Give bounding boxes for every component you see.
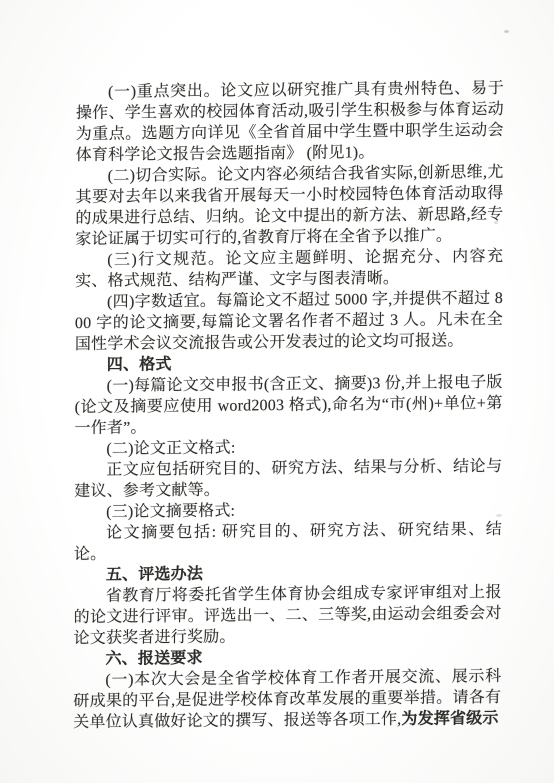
text-run: (三)行文规范。论文应主题鲜明、论据充分、内容充实、格式规范、结构严谨、文字与图… bbox=[75, 248, 503, 290]
text-run: (三)论文摘要格式: bbox=[106, 503, 235, 521]
text-run: 四、格式 bbox=[107, 356, 172, 374]
text-run: 为发挥省级示 bbox=[401, 710, 498, 728]
paragraph: 省教育厅将委托省学生体育协会组成专家评审组对上报的论文进行评审。评选出一、二、三… bbox=[74, 582, 502, 649]
scan-speck bbox=[494, 221, 498, 224]
scanned-document-page: (一)重点突出。论文应以研究推广具有贵州特色、易于操作、学生喜欢的校园体育活动,… bbox=[0, 0, 554, 783]
paragraph: (一)每篇论文交申报书(含正文、摘要)3 份,并上报电子版(论文及摘要应使用 w… bbox=[74, 372, 502, 439]
text-run: (四)字数适宜。每篇论文不超过 5000 字,并提供不超过 800 字的论文摘要… bbox=[75, 290, 503, 353]
paragraph: (四)字数适宜。每篇论文不超过 5000 字,并提供不超过 800 字的论文摘要… bbox=[75, 288, 503, 355]
text-run: 五、评选办法 bbox=[106, 566, 203, 584]
text-run: (一)重点突出。论文应以研究推广具有贵州特色、易于操作、学生喜欢的校园体育活动,… bbox=[76, 80, 504, 164]
document-body: (一)重点突出。论文应以研究推广具有贵州特色、易于操作、学生喜欢的校园体育活动,… bbox=[73, 78, 504, 733]
scan-speck bbox=[504, 30, 509, 33]
text-run: 六、报送要求 bbox=[105, 650, 202, 668]
paragraph: 论文摘要包括: 研究目的、研究方法、研究结果、结论。 bbox=[74, 519, 502, 565]
paragraph: (一)本次大会是全省学校体育工作者开展交流、展示科研成果的平台,是促进学校体育改… bbox=[73, 666, 501, 733]
text-run: 正文应包括研究目的、研究方法、结果与分析、结论与建议、参考文献等。 bbox=[74, 458, 502, 500]
text-run: (一)每篇论文交申报书(含正文、摘要)3 份,并上报电子版(论文及摘要应使用 w… bbox=[74, 374, 502, 437]
paragraph: 正文应包括研究目的、研究方法、结果与分析、结论与建议、参考文献等。 bbox=[74, 456, 502, 502]
text-run: (二)论文正文格式: bbox=[106, 440, 235, 458]
text-run: 论文摘要包括: 研究目的、研究方法、研究结果、结论。 bbox=[74, 521, 502, 563]
scan-speck bbox=[496, 514, 502, 517]
paragraph: (二)切合实际。论文内容必须结合我省实际,创新思维,尤其要对去年以来我省开展每天… bbox=[75, 162, 503, 250]
text-run: 省教育厅将委托省学生体育协会组成专家评审组对上报的论文进行评审。评选出一、二、三… bbox=[74, 584, 502, 647]
paragraph: (三)行文规范。论文应主题鲜明、论据充分、内容充实、格式规范、结构严谨、文字与图… bbox=[75, 246, 503, 292]
text-run: (二)切合实际。论文内容必须结合我省实际,创新思维,尤其要对去年以来我省开展每天… bbox=[75, 164, 503, 248]
paragraph: (一)重点突出。论文应以研究推广具有贵州特色、易于操作、学生喜欢的校园体育活动,… bbox=[76, 78, 504, 166]
